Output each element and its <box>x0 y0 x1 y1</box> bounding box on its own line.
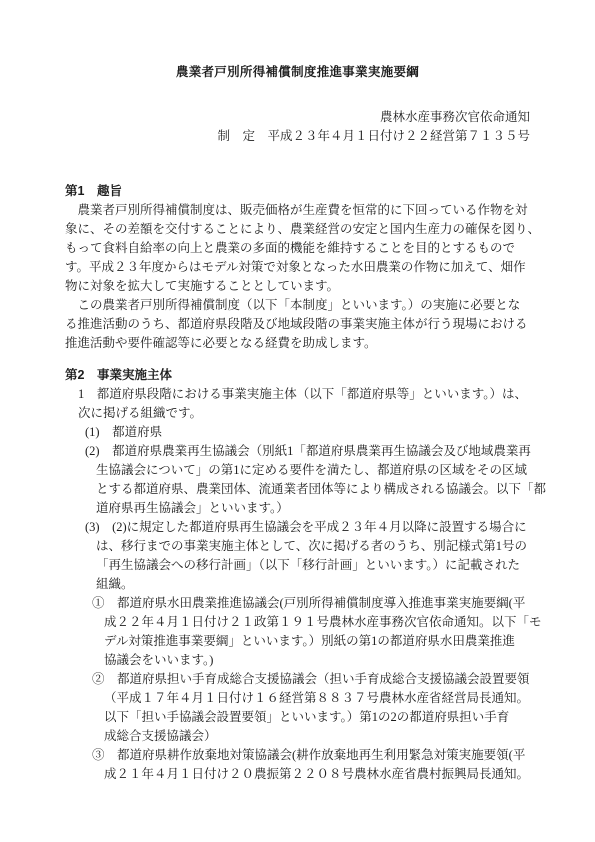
enactment-date-line: 制 定 平成２３年４月１日付け２２経営第７１３５号 <box>65 127 530 146</box>
text-line: 物に対象を拡大して実施することとしています。 <box>65 277 530 296</box>
issuer-block: 農林水産事務次官依命通知 制 定 平成２３年４月１日付け２２経営第７１３５号 <box>65 108 530 146</box>
text-line: 推進活動や要件確認等に必要となる経費を助成します。 <box>65 334 530 353</box>
text-line: 1 都道府県段階における事業実施主体（以下「都道府県等」といいます。）は、 <box>65 385 530 404</box>
text-line: 成２１年４月１日付け２０農振第２２０８号農林水産省農村振興局長通知。 <box>65 765 530 784</box>
text-line: この農業者戸別所得補償制度（以下「本制度」といいます。）の実施に必要とな <box>65 296 530 315</box>
document-title: 農業者戸別所得補償制度推進事業実施要綱 <box>65 63 530 82</box>
text-line: す。平成２３年度からはモデル対策で対象となった水田農業の作物に加えて、畑作 <box>65 258 530 277</box>
text-line: は、移行までの事業実施主体として、次に掲げる者のうち、別記様式第1号の <box>65 537 530 556</box>
text-line: （平成１７年４月１日付け１６経営第８８３７号農林水産省経営局長通知。 <box>65 689 530 708</box>
text-line: ③ 都道府県耕作放棄地対策協議会(耕作放棄地再生利用緊急対策実施要領(平 <box>65 746 530 765</box>
text-line: デル対策推進事業要綱」といいます。）別紙の第1の都道府県水田農業推進 <box>65 632 530 651</box>
text-line: 次に掲げる組織です。 <box>65 404 530 423</box>
text-line: 以下「担い手協議会設置要領」といいます。）第1の2の都道府県担い手育 <box>65 708 530 727</box>
text-line: もって食料自給率の向上と農業の多面的機能を維持することを目的とするもので <box>65 239 530 258</box>
text-line: る推進活動のうち、都道府県段階及び地域段階の事業実施主体が行う現場における <box>65 315 530 334</box>
text-line: (1) 都道府県 <box>65 423 530 442</box>
text-line: 成総合支援協議会） <box>65 727 530 746</box>
document-page: 農業者戸別所得補償制度推進事業実施要綱 農林水産事務次官依命通知 制 定 平成２… <box>0 0 595 842</box>
text-line: とする都道府県、農業団体、流通業者団体等により構成される協議会。以下「都 <box>65 480 530 499</box>
text-line: 組織。 <box>65 575 530 594</box>
text-line: (3) (2)に規定した都道府県再生協議会を平成２３年４月以降に設置する場合に <box>65 518 530 537</box>
text-line: 生協議会について」の第1に定める要件を満たし、都道府県の区域をその区域 <box>65 461 530 480</box>
text-line: 道府県再生協議会」といいます。） <box>65 499 530 518</box>
section-heading: 第1 趣旨 <box>65 182 530 201</box>
text-line: 協議会をいいます。) <box>65 651 530 670</box>
document-body: 第1 趣旨 農業者戸別所得補償制度は、販売価格が生産費を恒常的に下回っている作物… <box>65 182 530 784</box>
text-line: 「再生協議会への移行計画」（以下「移行計画」といいます。）に記載された <box>65 556 530 575</box>
section-heading: 第2 事業実施主体 <box>65 366 530 385</box>
text-line: ② 都道府県担い手育成総合支援協議会（担い手育成総合支援協議会設置要領 <box>65 670 530 689</box>
text-line: ① 都道府県水田農業推進協議会(戸別所得補償制度導入推進事業実施要綱(平 <box>65 594 530 613</box>
text-line: 象に、その差額を交付することにより、農業経営の安定と国内生産力の確保を図り、 <box>65 220 530 239</box>
text-line: (2) 都道府県農業再生協議会（別紙1「都道府県農業再生協議会及び地域農業再 <box>65 442 530 461</box>
text-line: 成２２年４月１日付け２１政第１９１号農林水産事務次官依命通知。以下「モ <box>65 613 530 632</box>
issuer-notice-line: 農林水産事務次官依命通知 <box>65 108 530 127</box>
text-line: 農業者戸別所得補償制度は、販売価格が生産費を恒常的に下回っている作物を対 <box>65 201 530 220</box>
